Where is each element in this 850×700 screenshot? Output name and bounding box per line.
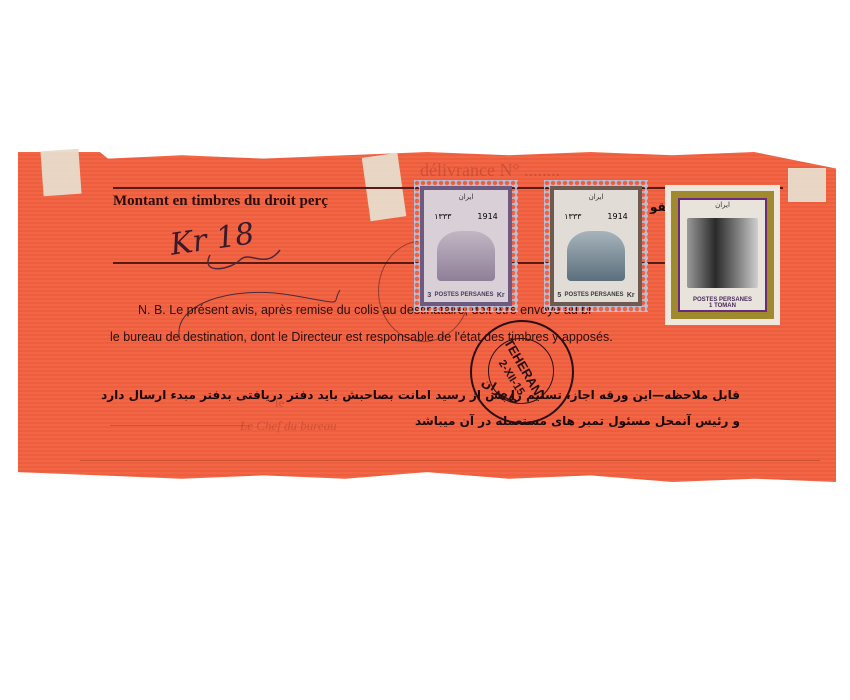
faint-signature-label: Le Chef du bureau [240, 418, 337, 434]
stamp-3-kran: ایران ١٣٣٣1914 3 POSTES PERSANES Kr [414, 180, 518, 312]
stamp-vignette [437, 231, 496, 281]
faint-rule [110, 425, 250, 426]
persian-notice-line-2: و رئیس آنمحل مسئول تمبر های مستعمله در آ… [415, 414, 740, 428]
stamp-1-toman: ایران POSTES PERSANES 1 TOMAN [665, 185, 780, 325]
stamp-vignette [567, 231, 626, 281]
faint-le-label: le [275, 395, 284, 411]
faint-rule [80, 460, 820, 461]
stamp-top-inscription: ایران [589, 193, 604, 201]
faint-header-text: délivrance N° ........ [420, 160, 560, 181]
stamp-5-kran: ایران ١٣٣٣1914 5 POSTES PERSANES Kr [544, 180, 648, 312]
stamp-vignette [687, 218, 758, 289]
hinge-tape-left [40, 149, 81, 197]
stamp-top-inscription: ایران [459, 193, 474, 201]
teheran-postmark: TEHERAN 2-XII-15 طهران [470, 320, 574, 424]
persian-notice-line-1: قابل ملاحظه—این ورقه اجاز، تسلیم را پس ا… [101, 388, 740, 402]
amount-label: Montant en timbres du droit perç [113, 193, 328, 210]
stamp-top-inscription: ایران [715, 201, 730, 209]
hinge-tape-right [788, 168, 826, 202]
nb-text-line-1: N. B. Le présent avis, après remise du c… [138, 303, 592, 317]
